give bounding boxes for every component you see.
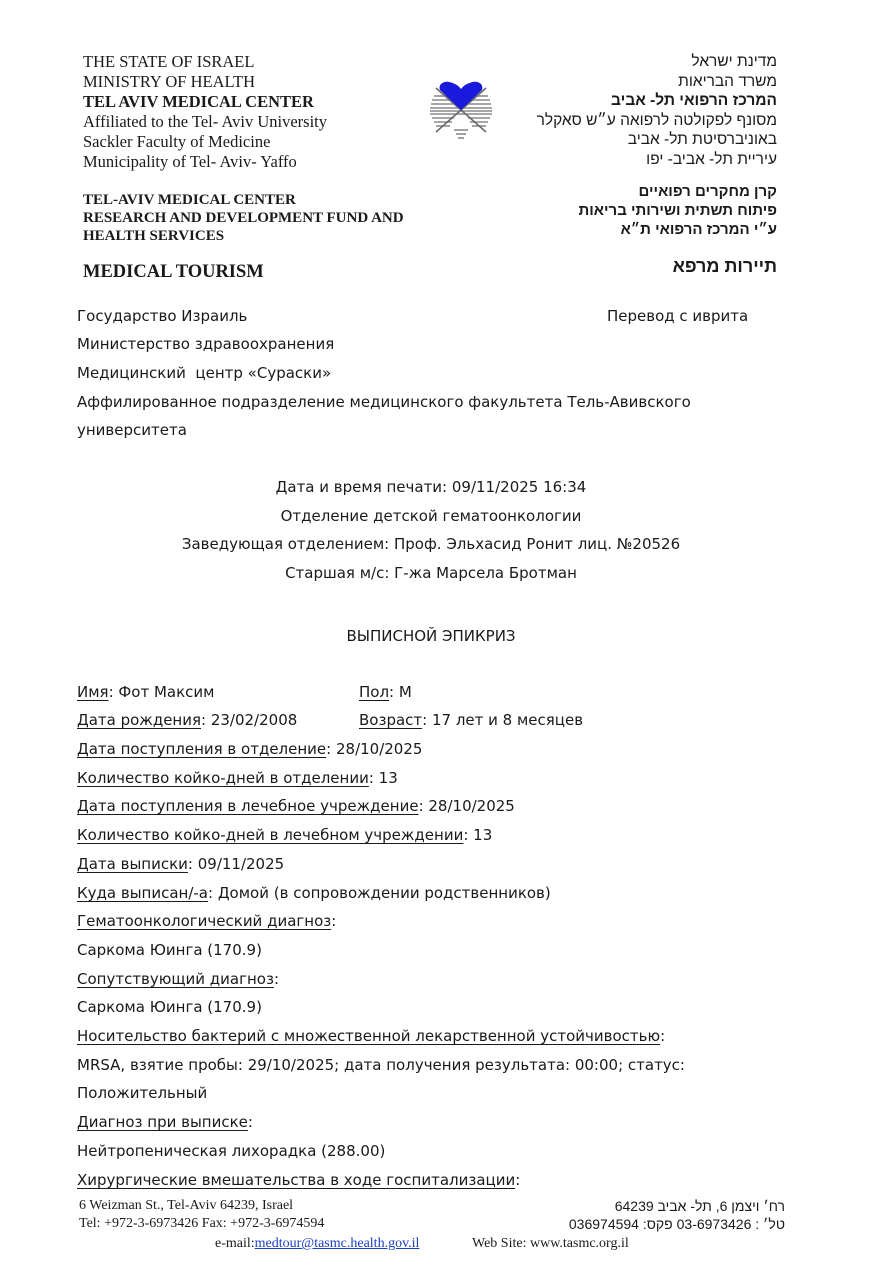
fund-line-he: פיתוח תשתית ושירותי בריאות: [579, 201, 778, 220]
footer-english: 6 Weizman St., Tel-Aviv 64239, Israel Te…: [79, 1197, 324, 1233]
header-faculty: Sackler Faculty of Medicine: [83, 132, 327, 152]
footer-phone: Tel: +972-3-6973426 Fax: +972-3-6974594: [79, 1215, 324, 1233]
medical-tourism-title-he: תיירות מרפא: [673, 256, 777, 277]
patient-age: Возраст: 17 лет и 8 месяцев: [359, 710, 583, 730]
footer-address: 6 Weizman St., Tel-Aviv 64239, Israel: [79, 1197, 324, 1215]
header-ministry: MINISTRY OF HEALTH: [83, 72, 327, 92]
field-text: Саркома Юинга (170.9): [77, 997, 262, 1017]
translation-affiliation: Аффилированное подразделение медицинског…: [77, 392, 691, 412]
field-label: Носительство бактерий с множественной ле…: [77, 1027, 660, 1045]
value: : 23/02/2008: [201, 711, 297, 729]
fund-line-he: קרן מחקרים רפואיים: [579, 182, 778, 201]
field-text: Саркома Юинга (170.9): [77, 940, 262, 960]
translation-ministry: Министерство здравоохранения: [77, 334, 334, 354]
value: : Фот Максим: [109, 683, 215, 701]
field-row: Количество койко-дней в отделении: 13: [77, 768, 398, 788]
field-value: :: [660, 1027, 665, 1045]
field-text: MRSA, взятие пробы: 29/10/2025; дата пол…: [77, 1055, 685, 1075]
email-link[interactable]: medtour@tasmc.health.gov.il: [255, 1236, 420, 1251]
patient-name: Имя: Фот Максим: [77, 682, 215, 702]
field-row: Сопутствующий диагноз:: [77, 969, 279, 989]
medical-tourism-title: MEDICAL TOURISM: [83, 262, 264, 283]
translation-state: Государство Израиль: [77, 306, 247, 326]
label: Дата рождения: [77, 711, 201, 729]
patient-sex: Пол: М: [359, 682, 412, 702]
field-value: : 09/11/2025: [188, 855, 284, 873]
document-title: ВЫПИСНОЙ ЭПИКРИЗ: [0, 626, 862, 646]
department-name: Отделение детской гематоонкологии: [0, 506, 862, 526]
field-row: Дата поступления в отделение: 28/10/2025: [77, 739, 422, 759]
field-value: :: [331, 912, 336, 930]
field-label: Дата поступления в отделение: [77, 740, 326, 758]
footer-address-he: רח׳ ויצמן 6, תל- אביב 64239: [569, 1197, 785, 1215]
field-value: : 28/10/2025: [419, 797, 515, 815]
field-label: Хирургические вмешательства в ходе госпи…: [77, 1171, 515, 1189]
fund-line-he: ע״י המרכז הרפואי ת״א: [579, 220, 778, 239]
field-label: Дата выписки: [77, 855, 188, 873]
field-text: Нейтропеническая лихорадка (288.00): [77, 1141, 385, 1161]
header-state: THE STATE OF ISRAEL: [83, 52, 327, 72]
label: Возраст: [359, 711, 422, 729]
field-value: : 13: [463, 826, 492, 844]
translation-center: Медицинский центр «Сураски»: [77, 363, 331, 383]
patient-dob: Дата рождения: 23/02/2008: [77, 710, 297, 730]
translation-university: университета: [77, 420, 187, 440]
fund-english-block: TEL-AVIV MEDICAL CENTER RESEARCH AND DEV…: [83, 191, 404, 245]
field-value: :: [248, 1113, 253, 1131]
footer-email: e-mail:medtour@tasmc.health.gov.il: [215, 1235, 419, 1253]
translation-note: Перевод с иврита: [607, 306, 748, 326]
header-affiliation-he: מסונף לפקולטה לרפואה ע״ש סאקלר: [537, 111, 777, 131]
field-value: :: [274, 970, 279, 988]
label: Имя: [77, 683, 109, 701]
field-value: : 28/10/2025: [326, 740, 422, 758]
label: Пол: [359, 683, 389, 701]
value: : 17 лет и 8 месяцев: [422, 711, 583, 729]
department-head: Заведующая отделением: Проф. Эльхасид Ро…: [0, 534, 862, 554]
fund-line: RESEARCH AND DEVELOPMENT FUND AND: [83, 209, 404, 227]
field-row: Диагноз при выписке:: [77, 1112, 253, 1132]
print-datetime: Дата и время печати: 09/11/2025 16:34: [0, 477, 862, 497]
header-affiliation: Affiliated to the Tel- Aviv University: [83, 112, 327, 132]
header-center-name-he: המרכז הרפואי תל- אביב: [537, 91, 777, 111]
header-state-he: מדינת ישראל: [537, 52, 777, 72]
field-text: Положительный: [77, 1083, 207, 1103]
header-center-name: TEL AVIV MEDICAL CENTER: [83, 92, 327, 112]
senior-nurse: Старшая м/с: Г-жа Марсела Бротман: [0, 563, 862, 583]
field-row: Куда выписан/-а: Домой (в сопровождении …: [77, 883, 551, 903]
field-label: Дата поступления в лечебное учреждение: [77, 797, 419, 815]
header-university-he: באוניברסיטת תל- אביב: [537, 130, 777, 150]
footer-hebrew: רח׳ ויצמן 6, תל- אביב 64239 טל׳ : 03-697…: [569, 1197, 785, 1233]
field-label: Гематоонкологический диагноз: [77, 912, 331, 930]
header-english-block: THE STATE OF ISRAEL MINISTRY OF HEALTH T…: [83, 52, 327, 172]
field-row: Дата поступления в лечебное учреждение: …: [77, 796, 515, 816]
value: : М: [389, 683, 412, 701]
field-row: Гематоонкологический диагноз:: [77, 911, 336, 931]
field-value: :: [515, 1171, 520, 1189]
field-label: Количество койко-дней в отделении: [77, 769, 369, 787]
fund-hebrew-block: קרן מחקרים רפואיים פיתוח תשתית ושירותי ב…: [579, 182, 778, 239]
footer-phone-he: טל׳ : 03-6973426 פקס: 036974594: [569, 1215, 785, 1233]
field-row: Хирургические вмешательства в ходе госпи…: [77, 1170, 520, 1190]
header-ministry-he: משרד הבריאות: [537, 72, 777, 92]
field-value: : 13: [369, 769, 398, 787]
tasmc-heart-logo-icon: [428, 80, 494, 140]
field-label: Сопутствующий диагноз: [77, 970, 274, 988]
header-hebrew-block: מדינת ישראל משרד הבריאות המרכז הרפואי תל…: [537, 52, 777, 169]
email-label: e-mail:: [215, 1236, 255, 1251]
footer-website: Web Site: www.tasmc.org.il: [472, 1235, 629, 1253]
field-label: Куда выписан/-а: [77, 884, 208, 902]
field-label: Количество койко-дней в лечебном учрежде…: [77, 826, 463, 844]
fund-line: HEALTH SERVICES: [83, 227, 404, 245]
field-row: Носительство бактерий с множественной ле…: [77, 1026, 665, 1046]
fund-line: TEL-AVIV MEDICAL CENTER: [83, 191, 404, 209]
header-municipality: Municipality of Tel- Aviv- Yaffo: [83, 152, 327, 172]
field-label: Диагноз при выписке: [77, 1113, 248, 1131]
header-municipality-he: עיריית תל- אביב- יפו: [537, 150, 777, 170]
field-row: Количество койко-дней в лечебном учрежде…: [77, 825, 492, 845]
field-row: Дата выписки: 09/11/2025: [77, 854, 284, 874]
field-value: : Домой (в сопровождении родственников): [208, 884, 551, 902]
